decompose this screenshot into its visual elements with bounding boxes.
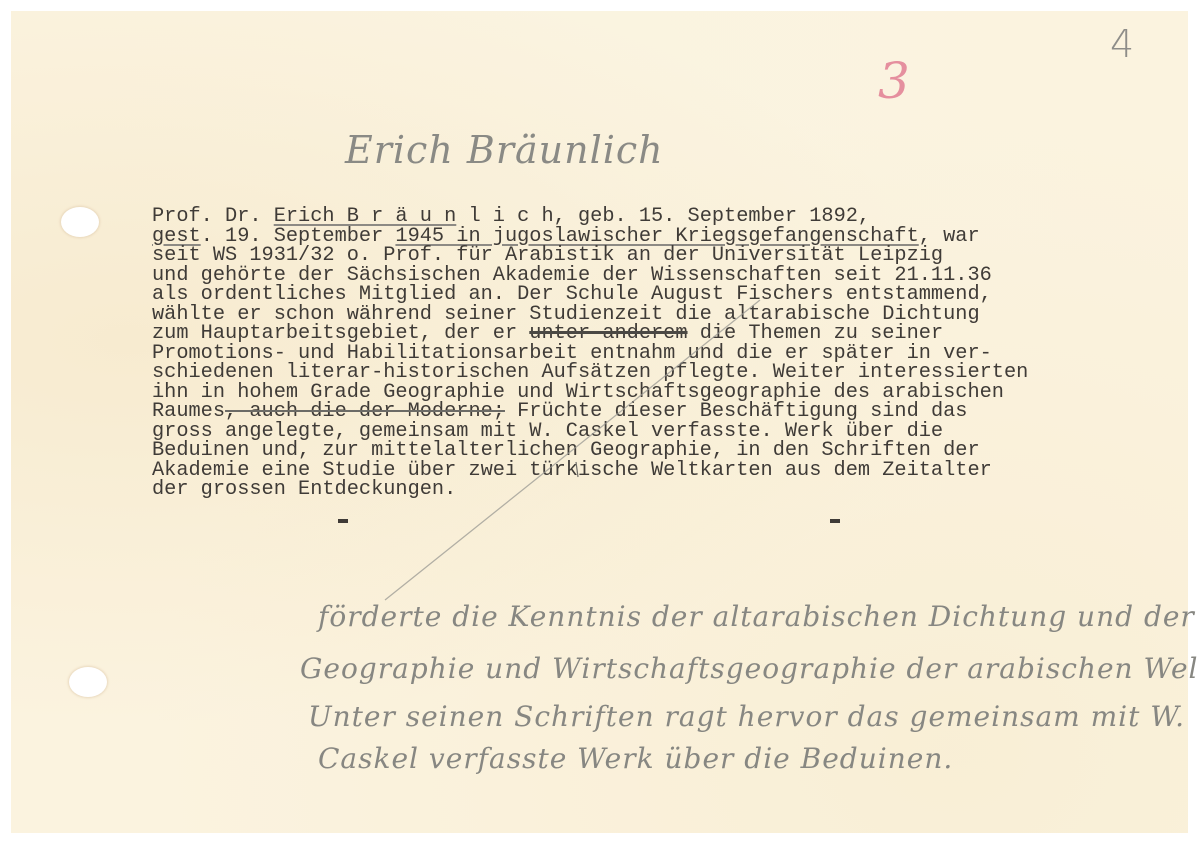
handwritten-signature: Erich Bräunlich: [345, 128, 664, 172]
punch-hole-top: [61, 207, 99, 237]
handwritten-note-line-3: Unter seinen Schriften ragt hervor das g…: [308, 700, 1185, 733]
punch-hole-bottom: [69, 667, 107, 697]
handwritten-note-line-1: förderte die Kenntnis der altarabischen …: [318, 600, 1195, 633]
page-number-red: 3: [878, 52, 910, 110]
handwritten-note-line-4: Caskel verfasste Werk über die Beduinen.: [318, 742, 953, 775]
handwritten-note-line-2: Geographie und Wirtschaftsgeographie der…: [300, 652, 1200, 685]
typed-line: der grossen Entdeckungen.: [152, 480, 456, 500]
text-segment: der grossen Entdeckungen.: [152, 478, 456, 501]
page-number-pencil: 4: [1110, 22, 1134, 66]
